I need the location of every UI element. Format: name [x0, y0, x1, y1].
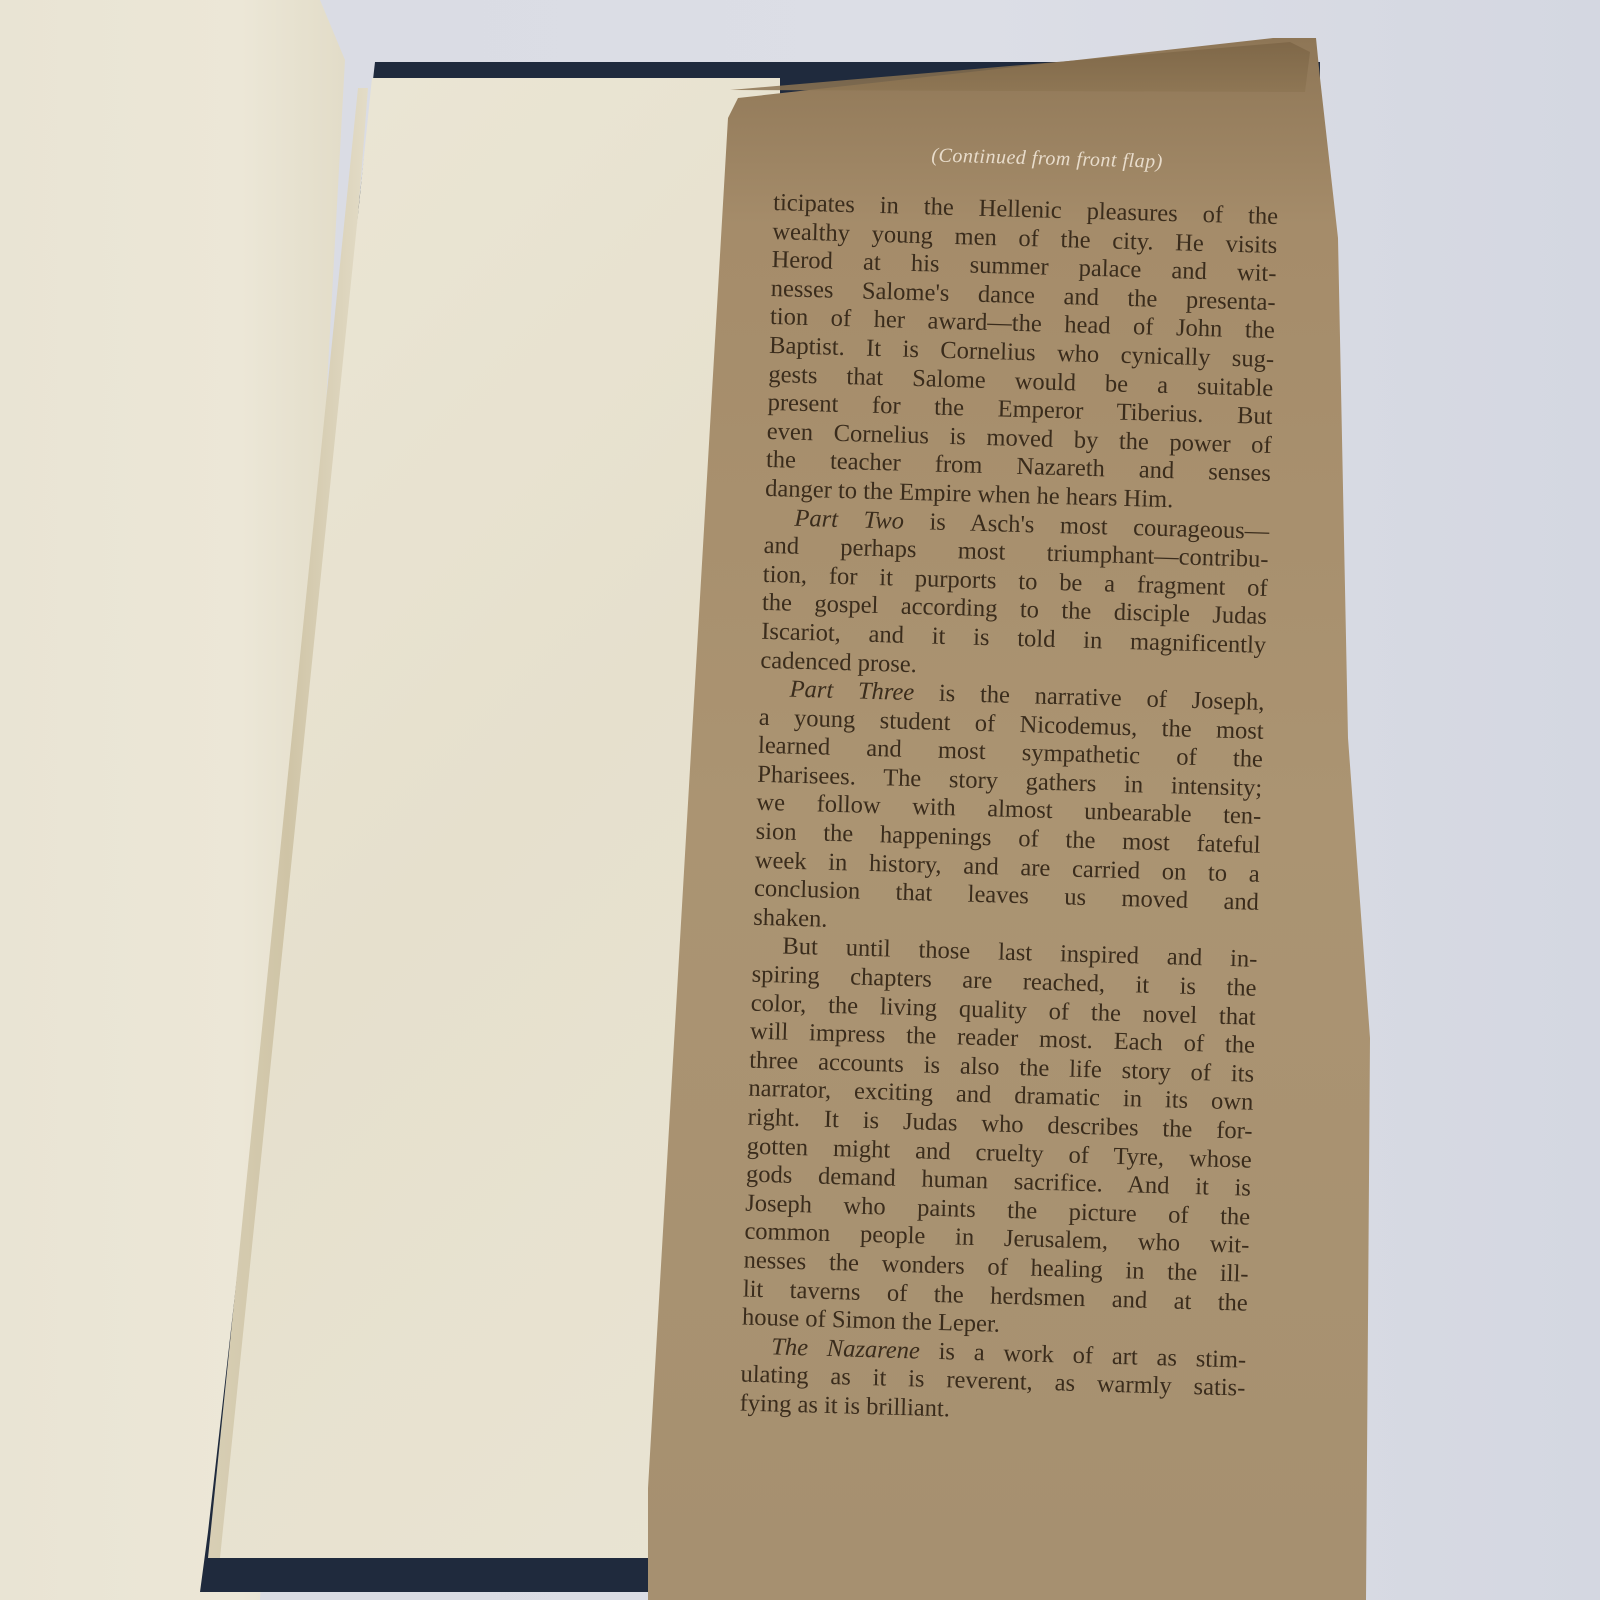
paragraph-part-two: Part Two is Asch's most courageous— and …: [760, 503, 1270, 689]
italic-lead: The Nazarene: [771, 1333, 920, 1364]
italic-lead: Part Three: [789, 676, 914, 706]
paragraph-part-three: Part Three is the narrative of Joseph, a…: [753, 675, 1265, 946]
paragraph-1: ticipates in the Hellenic pleasures of t…: [765, 189, 1279, 518]
italic-lead: Part Two: [794, 504, 904, 534]
paragraph-4: But until those last inspired and in- sp…: [742, 932, 1258, 1346]
flap-copy: (Continued from front flap) ticipates in…: [739, 140, 1280, 1432]
paragraph-closing: The Nazarene is a work of art as stim- u…: [739, 1332, 1246, 1432]
